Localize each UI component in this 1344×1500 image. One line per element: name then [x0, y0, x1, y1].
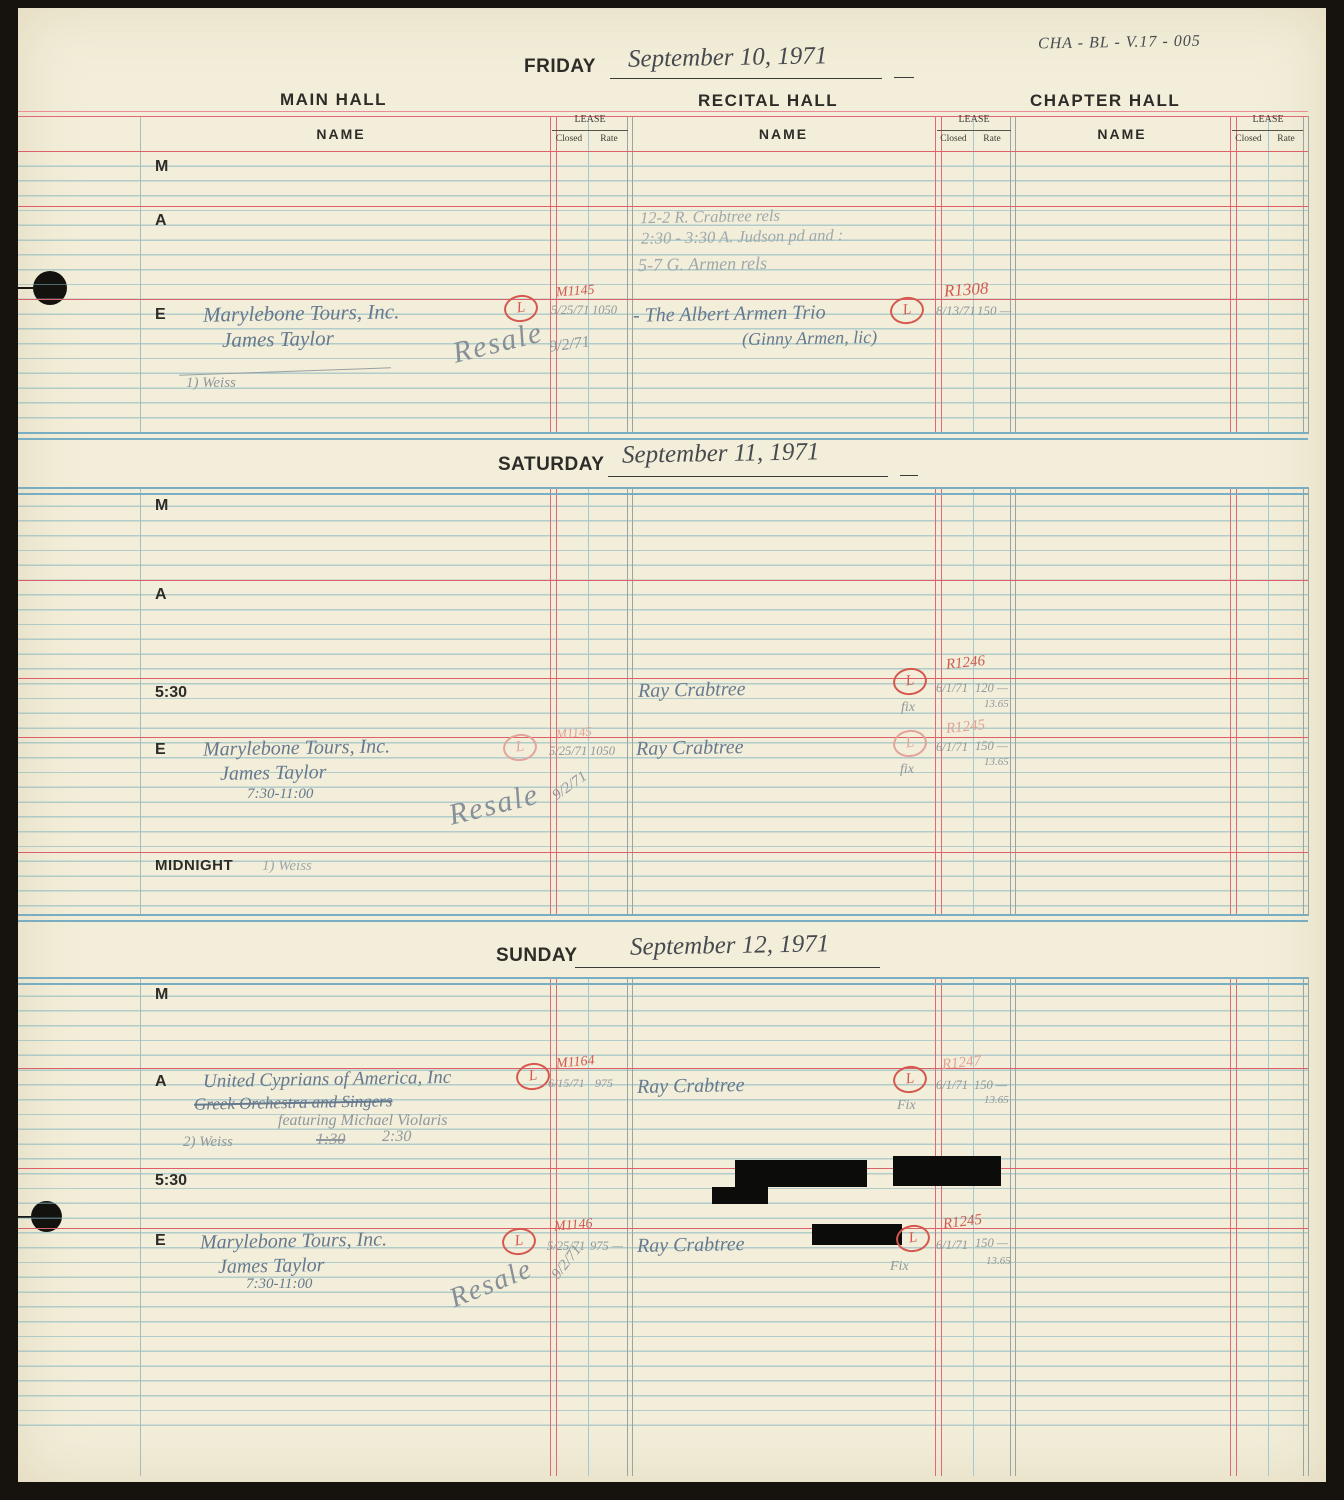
day-label-sunday: SUNDAY — [496, 945, 578, 967]
lease-mark-letter: L — [908, 1230, 919, 1248]
date-underline-dash — [900, 475, 918, 476]
tax-value: 13.65 — [984, 1094, 1009, 1106]
entry-name: Ray Crabtree — [637, 1233, 745, 1258]
row-label-e: E — [155, 306, 166, 324]
row-label-a: A — [155, 586, 167, 604]
row-line — [18, 151, 1308, 152]
entry-line: James Taylor — [222, 326, 334, 353]
row-label-a: A — [155, 1073, 167, 1091]
lease-number: M1146 — [553, 1216, 593, 1235]
fix-note: Fix — [897, 1098, 916, 1114]
name-column-header: NAME — [150, 126, 532, 142]
tax-value: 13.65 — [986, 1255, 1011, 1267]
time-struck: 1:30 — [316, 1131, 345, 1149]
closed-date: 5/25/71 — [549, 744, 587, 759]
rate-value: 120 — — [975, 681, 1008, 696]
hall-title-chapter: CHAPTER HALL — [1030, 91, 1180, 111]
redaction-bar — [893, 1156, 1001, 1186]
lease-mark-letter: L — [514, 1233, 525, 1251]
row-line — [18, 580, 1308, 581]
lease-header: LEASE — [550, 114, 630, 125]
closed-date: 6/1/71 — [936, 1078, 968, 1093]
lease-mark-letter: L — [905, 735, 916, 753]
lease-number: R1308 — [943, 278, 989, 301]
entry-line: (Ginny Armen, lic) — [742, 327, 877, 350]
header-top-line — [18, 111, 1308, 117]
entry-name: Marylebone Tours, Inc. — [200, 1228, 387, 1254]
day-label-friday: FRIDAY — [524, 56, 596, 78]
rate-value: 150 — — [975, 739, 1008, 754]
lease-mark-letter: L — [905, 673, 916, 691]
closed-date: 5/25/71 — [551, 303, 589, 318]
name-column-header: NAME — [1014, 126, 1230, 142]
time-new: 2:30 — [382, 1128, 411, 1146]
booking-note: 12-2 R. Crabtree rels — [640, 206, 780, 228]
fix-note: fix — [901, 700, 915, 716]
footnote: 1) Weiss — [186, 375, 236, 392]
fix-note: Fix — [890, 1259, 909, 1275]
rate-header: Rate — [1268, 134, 1304, 144]
rate-value: 975 — — [590, 1239, 623, 1254]
row-label-e: E — [155, 741, 166, 759]
lease-mark-letter: L — [516, 300, 527, 318]
entry-name: Marylebone Tours, Inc. — [203, 735, 390, 761]
row-label-m: M — [155, 986, 168, 1004]
lease-number: M1164 — [555, 1053, 595, 1072]
booking-note: 2:30 - 3:30 A. Judson pd and : — [641, 225, 844, 249]
row-line — [18, 1168, 1308, 1169]
hall-title-recital: RECITAL HALL — [698, 91, 838, 111]
entry-name: Marylebone Tours, Inc. — [203, 299, 400, 327]
fix-note: fix — [900, 762, 914, 778]
row-line — [18, 299, 1308, 300]
entry-name: United Cyprians of America, Inc — [203, 1067, 452, 1093]
lease-number: M1145 — [555, 283, 595, 302]
closed-date: 6/1/71 — [936, 681, 968, 696]
lease-mark-letter: L — [902, 302, 913, 320]
lease-mark-letter: L — [515, 739, 526, 757]
entry-line: featuring Michael Violaris — [278, 1112, 447, 1130]
closed-date: 6/1/71 — [936, 1238, 968, 1253]
tax-value: 13.65 — [984, 756, 1009, 768]
rate-value: 975 — [595, 1076, 613, 1091]
entry-name: - The Albert Armen Trio — [633, 301, 826, 327]
redaction-bar — [712, 1187, 768, 1204]
entry-time: 7:30-11:00 — [246, 1276, 312, 1293]
lease-header-underline — [1232, 130, 1303, 131]
row-line — [18, 852, 1308, 853]
day-date-sunday: September 12, 1971 — [630, 930, 830, 961]
closed-header: Closed — [935, 134, 972, 144]
rate-value: 1050 — [590, 744, 615, 759]
date-underline — [608, 476, 888, 477]
row-label-midnight: MIDNIGHT — [155, 857, 233, 874]
rate-value: 150 — — [974, 1078, 1007, 1093]
section-top-line — [18, 487, 1308, 495]
hall-title-main: MAIN HALL — [280, 90, 387, 110]
row-label-530: 5:30 — [155, 684, 187, 702]
row-label-a: A — [155, 212, 167, 230]
lease-header-underline — [937, 130, 1011, 131]
lease-header: LEASE — [1230, 114, 1306, 125]
lease-mark-letter: L — [905, 1071, 916, 1089]
scanned-ledger-screenshot: CHA - BL - V.17 - 005 FRIDAY September 1… — [0, 0, 1344, 1500]
redaction-bar — [735, 1160, 867, 1187]
section-bottom-line — [18, 432, 1308, 440]
archive-code: CHA - BL - V.17 - 005 — [1038, 33, 1201, 54]
booking-note: 5-7 G. Armen rels — [638, 253, 767, 276]
lease-mark-letter: L — [528, 1068, 539, 1086]
date-underline — [575, 967, 880, 968]
section-bottom-line — [18, 914, 1308, 922]
date-underline-dash — [894, 77, 914, 78]
entry-time: 7:30-11:00 — [247, 786, 313, 803]
entry-name: Ray Crabtree — [637, 1074, 745, 1099]
rate-value: 1050 — [592, 303, 617, 318]
rate-value: 150 — — [977, 303, 1011, 319]
section-top-line — [18, 977, 1308, 985]
footnote: 1) Weiss — [262, 858, 312, 875]
redaction-bar — [812, 1224, 902, 1245]
row-label-m: M — [155, 158, 168, 176]
entry-line: James Taylor — [220, 761, 327, 786]
lease-header-underline — [552, 130, 628, 131]
day-date-friday: September 10, 1971 — [628, 42, 828, 73]
rate-header: Rate — [590, 134, 628, 144]
closed-header: Closed — [550, 134, 588, 144]
row-label-530: 5:30 — [155, 1172, 187, 1190]
ruled-band-sunday — [18, 982, 1308, 1430]
entry-name: Ray Crabtree — [638, 678, 746, 703]
row-label-m: M — [155, 497, 168, 515]
rate-header: Rate — [974, 134, 1010, 144]
rate-value: 150 — — [975, 1236, 1008, 1251]
entry-name: Ray Crabtree — [636, 736, 744, 761]
closed-date: 6/1/71 — [936, 740, 968, 755]
tax-value: 13.65 — [984, 698, 1009, 710]
day-label-saturday: SATURDAY — [498, 454, 604, 476]
row-label-e: E — [155, 1232, 166, 1250]
date-underline — [610, 78, 882, 79]
closed-date: 8/13/71 — [936, 303, 976, 319]
footnote: 2) Weiss — [183, 1134, 233, 1151]
closed-header: Closed — [1230, 134, 1267, 144]
closed-date: 6/15/71 — [548, 1076, 585, 1091]
name-column-header: NAME — [632, 126, 935, 142]
day-date-saturday: September 11, 1971 — [622, 438, 820, 469]
row-line — [18, 1068, 1308, 1069]
lease-header: LEASE — [935, 114, 1013, 125]
row-line — [18, 1228, 1308, 1229]
lease-number: M1145 — [555, 723, 592, 742]
